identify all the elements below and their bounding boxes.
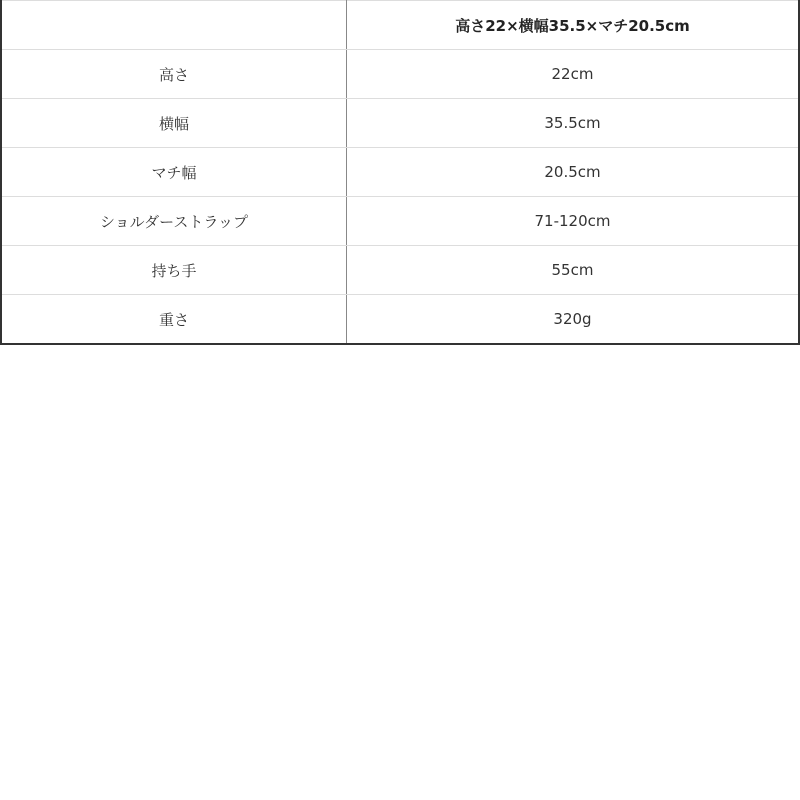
header-size-summary: 高さ22×横幅35.5×マチ20.5cm [347,1,800,50]
row-label-depth: マチ幅 [1,148,347,197]
table-row: ショルダーストラップ 71-120cm [1,197,799,246]
row-value-depth: 20.5cm [347,148,800,197]
table-row: 高さ 22cm [1,50,799,99]
table-header-row: 高さ22×横幅35.5×マチ20.5cm [1,1,799,50]
row-label-handle: 持ち手 [1,246,347,295]
table-row: 重さ 320g [1,295,799,345]
table-row: 横幅 35.5cm [1,99,799,148]
table-row: 持ち手 55cm [1,246,799,295]
row-label-shoulder-strap: ショルダーストラップ [1,197,347,246]
row-value-width: 35.5cm [347,99,800,148]
row-label-height: 高さ [1,50,347,99]
row-label-width: 横幅 [1,99,347,148]
row-value-height: 22cm [347,50,800,99]
header-label-cell [1,1,347,50]
row-value-handle: 55cm [347,246,800,295]
row-value-weight: 320g [347,295,800,345]
row-label-weight: 重さ [1,295,347,345]
row-value-shoulder-strap: 71-120cm [347,197,800,246]
table-row: マチ幅 20.5cm [1,148,799,197]
size-spec-table: 高さ22×横幅35.5×マチ20.5cm 高さ 22cm 横幅 35.5cm マ… [0,0,800,345]
